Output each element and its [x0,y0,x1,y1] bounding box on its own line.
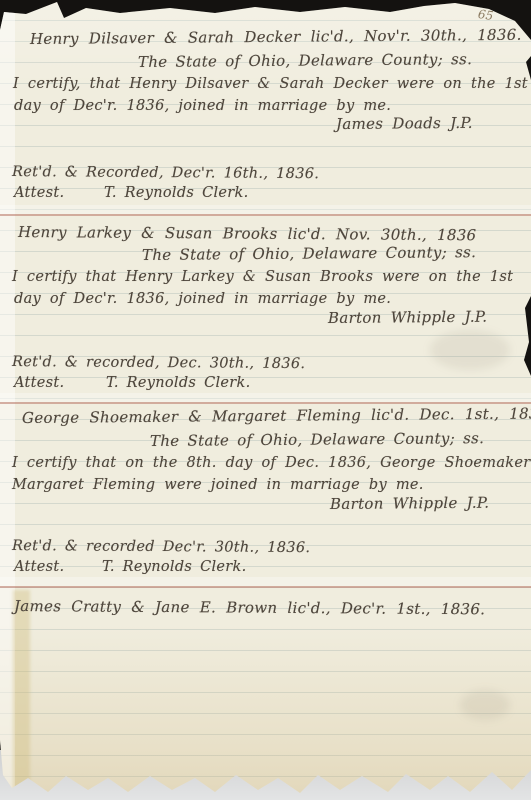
entry-2-attest-label: Attest. [14,375,64,391]
ledger-paper: 65 Henry Dilsaver & Sarah Decker lic'd.,… [0,0,531,800]
entry-1-state-line: The State of Ohio, Delaware County; ss. [138,50,472,71]
entry-2-state-line: The State of Ohio, Delaware County; ss. [142,243,476,264]
entry-2-recorded-line: Ret'd. & recorded, Dec. 30th., 1836. [12,354,305,372]
entry-1-attest-label: Attest. [14,185,64,201]
entry-1-certify-line-2: day of Dec'r. 1836, joined in marriage b… [14,98,391,114]
entry-2-attest-name: T. Reynolds Clerk. [106,375,251,391]
entry-separator-rule [0,402,531,404]
entry-3-certify-line-2: Margaret Fleming were joined in marriage… [12,477,424,493]
stain-smudge [460,690,510,720]
entry-3-recorded-line: Ret'd. & recorded Dec'r. 30th., 1836. [12,538,310,556]
entry-3-attest-name: T. Reynolds Clerk. [102,559,247,575]
entry-3-state-line: The State of Ohio, Delaware County; ss. [150,429,484,450]
tape-remnant [13,590,30,790]
entry-2-certify-line-2: day of Dec'r. 1836, joined in marriage b… [14,291,391,307]
scanned-ledger-page: 65 Henry Dilsaver & Sarah Decker lic'd.,… [0,0,531,800]
entry-1-signature: James Doads J.P. [336,114,473,133]
entry-2-certify-line-1: I certify that Henry Larkey & Susan Broo… [12,269,513,285]
entry-2-signature: Barton Whipple J.P. [328,308,487,327]
entry-2-license-line: Henry Larkey & Susan Brooks lic'd. Nov. … [18,223,477,244]
entry-1-recorded-line: Ret'd. & Recorded, Dec'r. 16th., 1836. [12,164,319,182]
entry-separator-rule [0,586,531,588]
entry-4-license-line: James Cratty & Jane E. Brown lic'd., Dec… [14,597,485,618]
entry-3-certify-line-1: I certify that on the 8th. day of Dec. 1… [12,455,531,471]
page-number: 65 [477,7,494,23]
entry-1-attest-name: T. Reynolds Clerk. [104,185,249,201]
entry-3-license-line: George Shoemaker & Margaret Fleming lic'… [22,404,531,427]
entry-3-signature: Barton Whipple J.P. [330,494,489,513]
entry-3-attest-label: Attest. [14,559,64,575]
entry-1-certify-line-1: I certify, that Henry Dilsaver & Sarah D… [13,76,528,92]
entry-separator-rule [0,214,531,216]
entry-1-license-line: Henry Dilsaver & Sarah Decker lic'd., No… [30,26,522,48]
ink-bleedthrough-smudge [430,330,510,370]
